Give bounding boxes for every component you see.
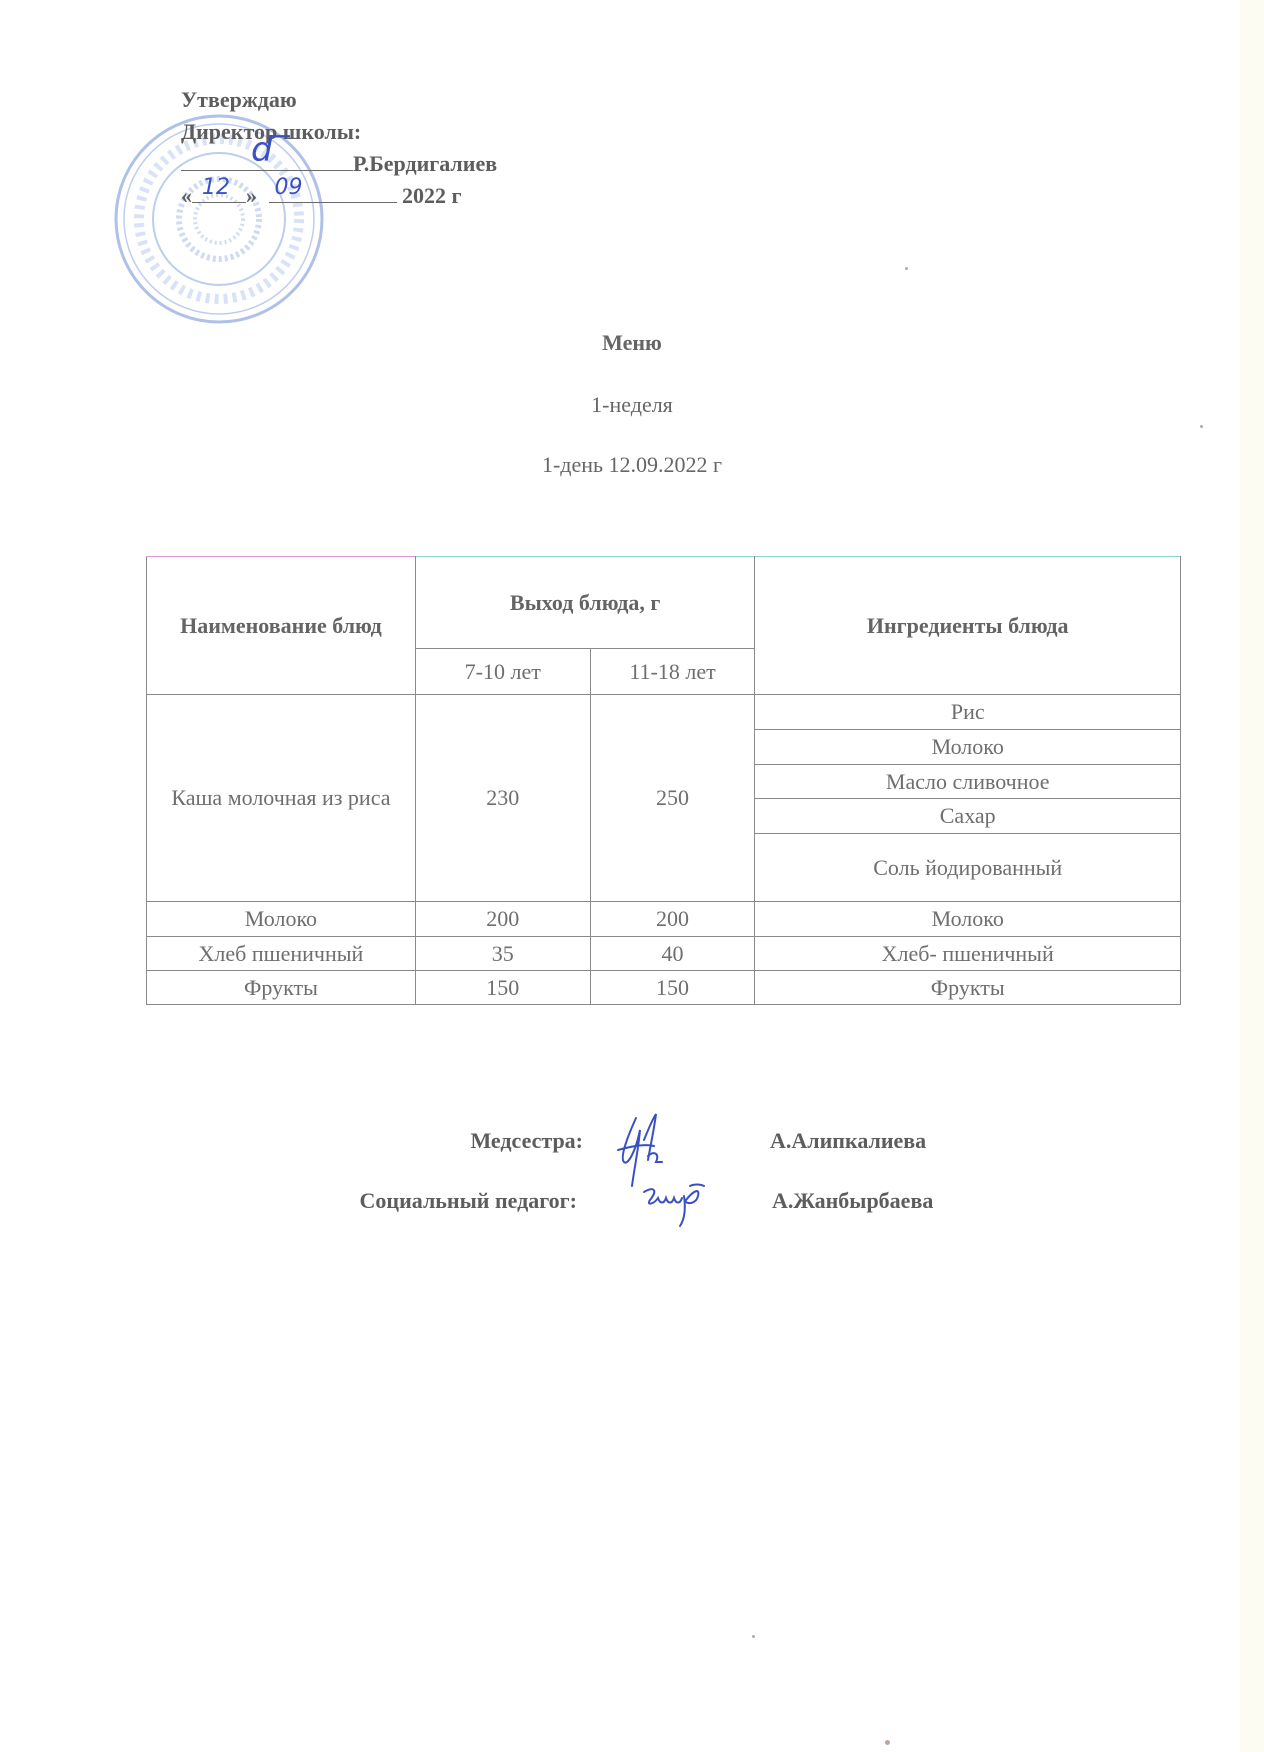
ingredient: Сахар	[755, 799, 1181, 834]
ingredient: Молоко	[755, 730, 1181, 765]
header-age-11-18: 11-18 лет	[590, 649, 755, 695]
signature-name: А.Алипкалиева	[770, 1128, 926, 1154]
scan-speck	[885, 1740, 890, 1745]
table-row: Фрукты 150 150 Фрукты	[147, 971, 1181, 1005]
scan-speck	[1200, 425, 1203, 428]
dish-name: Каша молочная из риса	[147, 695, 416, 902]
table-row: Хлеб пшеничный 35 40 Хлеб- пшеничный	[147, 937, 1181, 971]
header-yield: Выход блюда, г	[415, 557, 755, 649]
signature-row-nurse: Медсестра: А.Алипкалиева	[0, 1128, 1264, 1162]
dish-name: Фрукты	[147, 971, 416, 1005]
header-age-7-10: 7-10 лет	[415, 649, 590, 695]
yield-7-10: 150	[415, 971, 590, 1005]
yield-7-10: 35	[415, 937, 590, 971]
yield-7-10: 230	[415, 695, 590, 902]
date-year: 2022 г	[402, 183, 462, 208]
approve-label: Утверждаю	[181, 84, 497, 116]
ingredient: Молоко	[755, 902, 1181, 937]
approval-date: «12» 09 2022 г	[181, 180, 497, 212]
ingredient: Масло сливочное	[755, 765, 1181, 799]
signature-role: Медсестра:	[470, 1128, 583, 1154]
yield-11-18: 250	[590, 695, 755, 902]
date-day-field: 12	[192, 180, 246, 203]
ingredient: Рис	[755, 695, 1181, 730]
scan-speck	[905, 267, 908, 270]
signature-row-social-pedagogue: Социальный педагог: А.Жанбырбаева	[0, 1188, 1264, 1222]
nurse-signature-icon	[614, 1110, 674, 1188]
header-dish-name: Наименование блюд	[147, 557, 416, 695]
director-name: Р.Бердигалиев	[353, 151, 497, 176]
dish-name: Хлеб пшеничный	[147, 937, 416, 971]
dish-name: Молоко	[147, 902, 416, 937]
director-position: Директор школы:	[181, 116, 497, 148]
signature-name: А.Жанбырбаева	[772, 1188, 933, 1214]
scan-speck	[752, 1635, 755, 1638]
pedagogue-signature-icon	[640, 1182, 712, 1228]
header-ingredients: Ингредиенты блюда	[755, 557, 1181, 695]
date-month-field: 09	[269, 180, 397, 203]
director-signature: d‾	[251, 134, 290, 166]
signature-underline: d‾	[181, 148, 353, 171]
signature-role: Социальный педагог:	[360, 1188, 577, 1214]
yield-11-18: 40	[590, 937, 755, 971]
table-row: Каша молочная из риса 230 250 Рис	[147, 695, 1181, 730]
scan-edge	[1240, 0, 1264, 1752]
yield-11-18: 150	[590, 971, 755, 1005]
ingredient: Соль йодированный	[755, 834, 1181, 902]
page-title: Меню	[0, 330, 1264, 356]
yield-11-18: 200	[590, 902, 755, 937]
yield-7-10: 200	[415, 902, 590, 937]
ingredient: Хлеб- пшеничный	[755, 937, 1181, 971]
approval-block: Утверждаю Директор школы: d‾ Р.Бердигали…	[181, 84, 497, 212]
day-label: 1-день 12.09.2022 г	[0, 452, 1264, 478]
table-row: Молоко 200 200 Молоко	[147, 902, 1181, 937]
menu-table: Наименование блюд Выход блюда, г Ингреди…	[146, 556, 1181, 1005]
ingredient: Фрукты	[755, 971, 1181, 1005]
week-label: 1-неделя	[0, 392, 1264, 418]
